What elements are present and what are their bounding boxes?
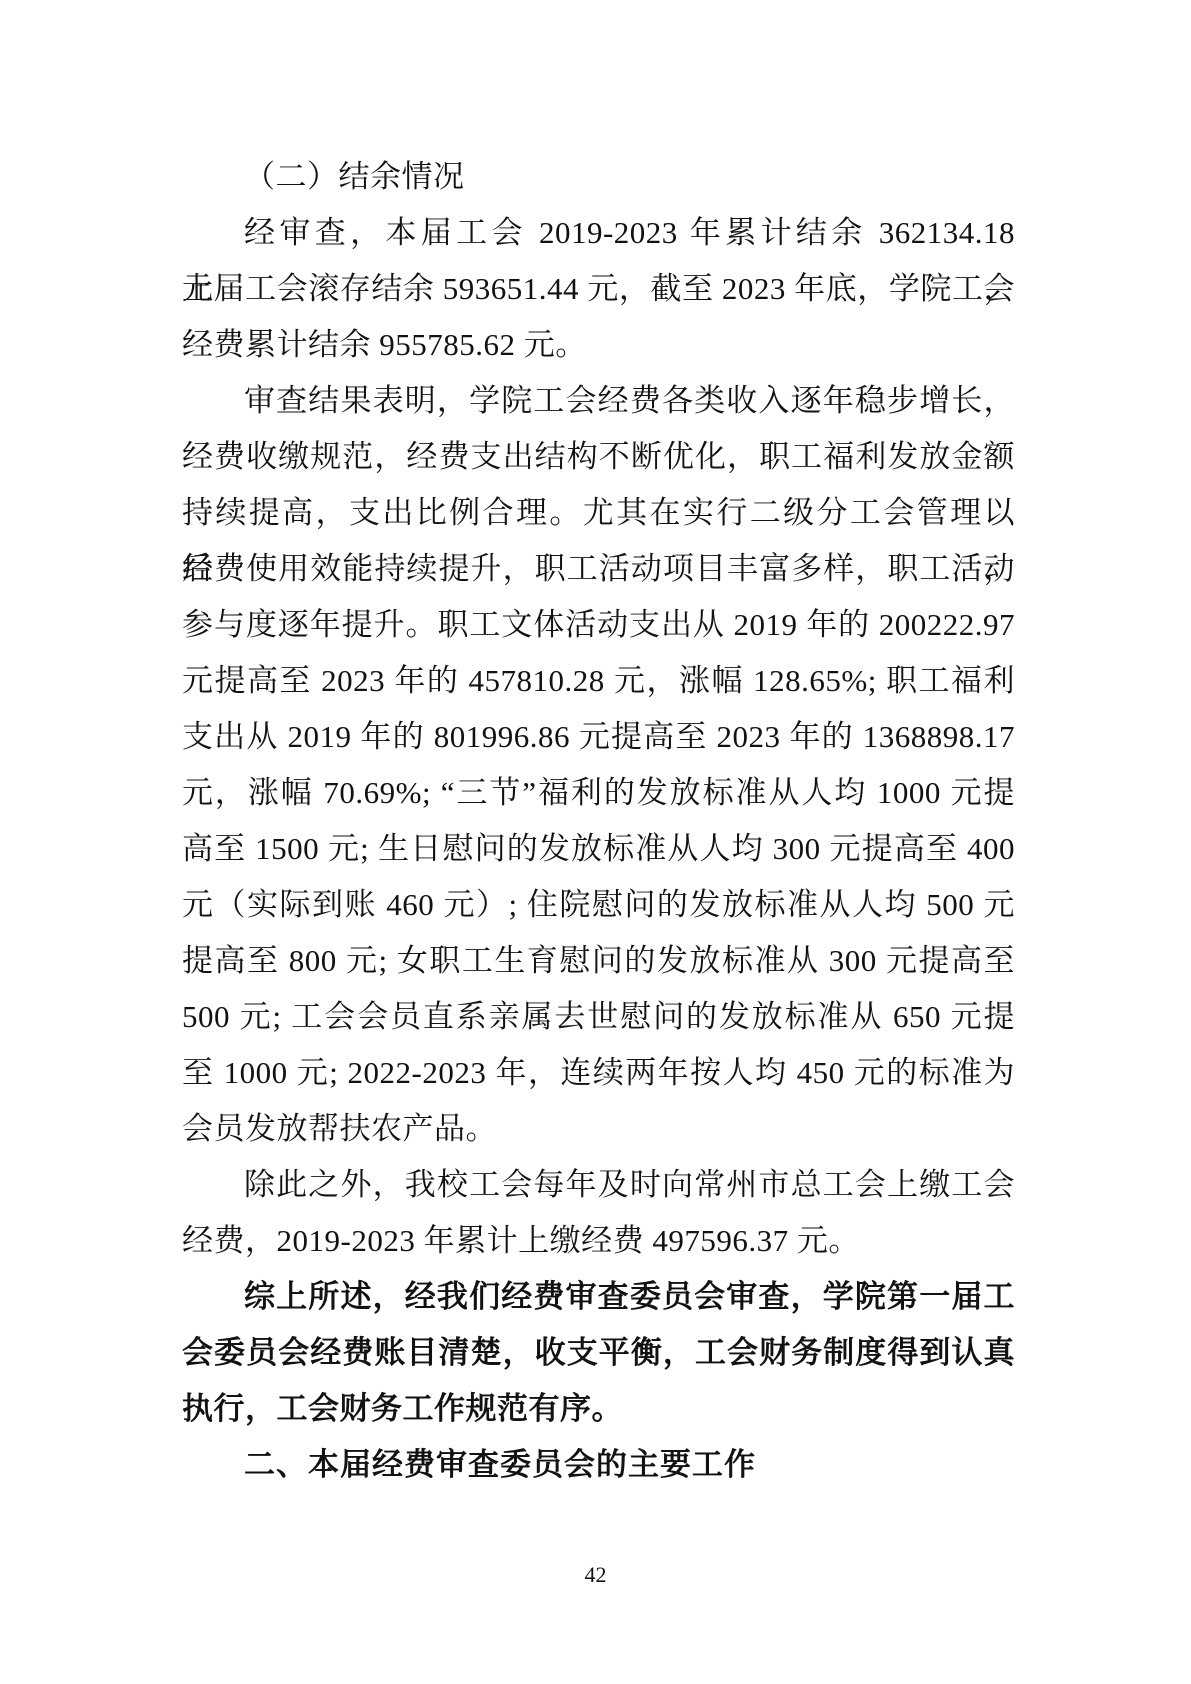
document-body: （二）结余情况 经审查，本届工会 2019-2023 年累计结余 362134.… (182, 149, 1015, 1493)
conclusion-line: 综上所述，经我们经费审查委员会审查，学院第一届工 (182, 1269, 1015, 1325)
body-line: 经审查，本届工会 2019-2023 年累计结余 362134.18 元， (182, 205, 1015, 261)
conclusion-line: 执行，工会财务工作规范有序。 (182, 1381, 1015, 1437)
body-line: 经费，2019-2023 年累计上缴经费 497596.37 元。 (182, 1213, 1015, 1269)
body-line: 元（实际到账 460 元）; 住院慰问的发放标准从人均 500 元 (182, 877, 1015, 933)
conclusion-line: 会委员会经费账目清楚，收支平衡，工会财务制度得到认真 (182, 1325, 1015, 1381)
body-line: 支出从 2019 年的 801996.86 元提高至 2023 年的 13688… (182, 709, 1015, 765)
body-line: 审查结果表明，学院工会经费各类收入逐年稳步增长， (182, 373, 1015, 429)
body-line: 高至 1500 元; 生日慰问的发放标准从人均 300 元提高至 400 (182, 821, 1015, 877)
body-line: 元提高至 2023 年的 457810.28 元，涨幅 128.65%; 职工福… (182, 653, 1015, 709)
body-line: 上届工会滚存结余 593651.44 元，截至 2023 年底，学院工会 (182, 261, 1015, 317)
body-line: 持续提高，支出比例合理。尤其在实行二级分工会管理以后， (182, 485, 1015, 541)
page-number: 42 (0, 1560, 1191, 1590)
body-line: 参与度逐年提升。职工文体活动支出从 2019 年的 200222.97 (182, 597, 1015, 653)
body-line: 经费累计结余 955785.62 元。 (182, 317, 1015, 373)
body-line: 500 元; 工会会员直系亲属去世慰问的发放标准从 650 元提 (182, 989, 1015, 1045)
section-heading: 二、本届经费审查委员会的主要工作 (182, 1437, 1015, 1493)
body-line: 除此之外，我校工会每年及时向常州市总工会上缴工会 (182, 1157, 1015, 1213)
subsection-heading: （二）结余情况 (182, 149, 1015, 205)
body-line: 经费收缴规范，经费支出结构不断优化，职工福利发放金额 (182, 429, 1015, 485)
body-line: 会员发放帮扶农产品。 (182, 1101, 1015, 1157)
body-line: 元，涨幅 70.69%; “三节”福利的发放标准从人均 1000 元提 (182, 765, 1015, 821)
body-line: 至 1000 元; 2022-2023 年，连续两年按人均 450 元的标准为 (182, 1045, 1015, 1101)
document-page: （二）结余情况 经审查，本届工会 2019-2023 年累计结余 362134.… (0, 0, 1191, 1684)
body-line: 经费使用效能持续提升，职工活动项目丰富多样，职工活动 (182, 541, 1015, 597)
body-line: 提高至 800 元; 女职工生育慰问的发放标准从 300 元提高至 (182, 933, 1015, 989)
